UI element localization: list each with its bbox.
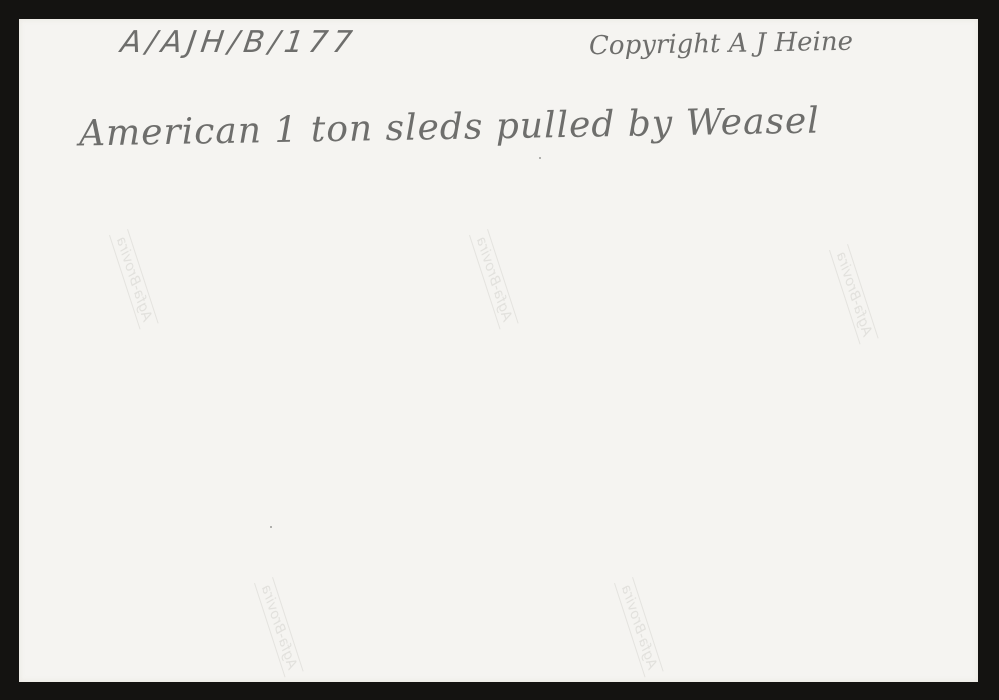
- speck: [270, 526, 272, 528]
- watermark: Agfa-Brovira: [829, 244, 879, 345]
- speck: [539, 157, 541, 159]
- watermark: Agfa-Brovira: [469, 229, 519, 330]
- copyright-note: Copyright A J Heine: [589, 27, 853, 62]
- watermark: Agfa-Brovira: [109, 229, 159, 330]
- photo-back-card: A/AJH/B/177 Copyright A J Heine American…: [19, 19, 978, 682]
- caption: American 1 ton sleds pulled by Weasel: [79, 101, 820, 155]
- reference-number: A/AJH/B/177: [119, 25, 360, 60]
- watermark: Agfa-Brovira: [614, 577, 664, 678]
- watermark: Agfa-Brovira: [254, 577, 304, 678]
